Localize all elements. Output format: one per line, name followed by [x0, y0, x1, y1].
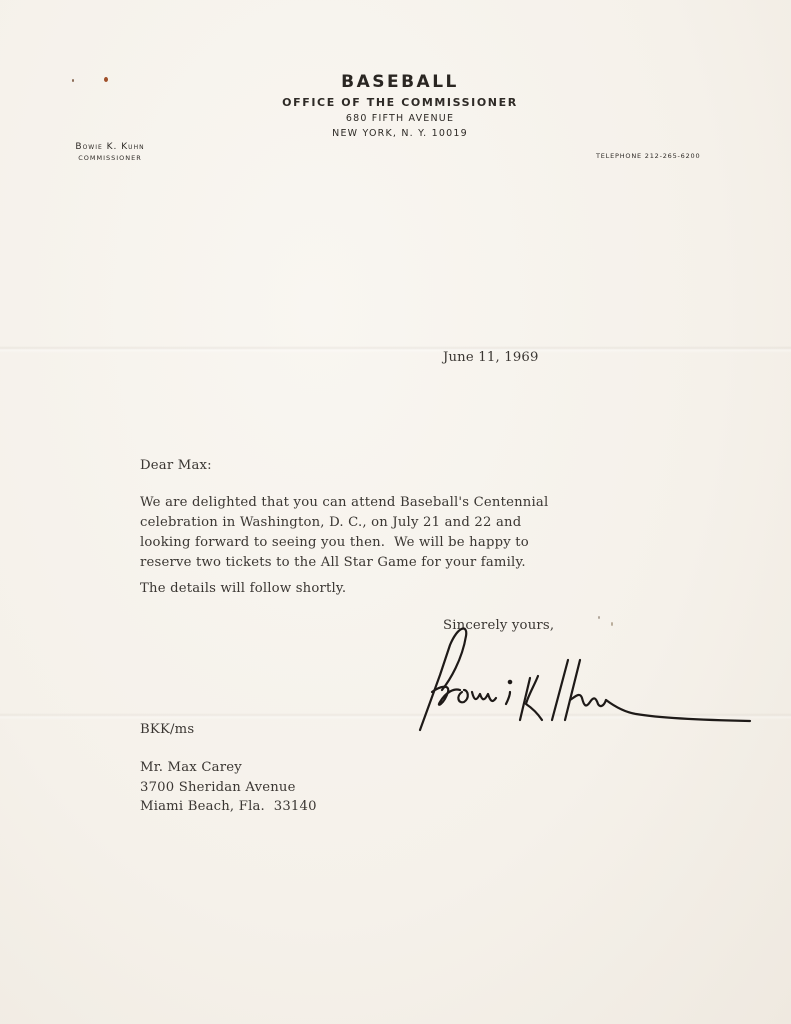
- recipient-city-state-zip: Miami Beach, Fla. 33140: [140, 799, 317, 814]
- paper-stain: [72, 79, 74, 82]
- reference-initials: BKK/ms: [140, 722, 194, 737]
- letterhead-organization: BASEBALL: [250, 72, 550, 92]
- salutation: Dear Max:: [140, 458, 212, 473]
- recipient-name: Mr. Max Carey: [140, 760, 242, 775]
- letterhead-sender-title: COMMISSIONER: [40, 154, 180, 162]
- letterhead-sender-name: Bowie K. Kuhn: [40, 142, 180, 152]
- body-paragraph-1: We are delighted that you can attend Bas…: [140, 493, 548, 573]
- body-paragraph-2: The details will follow shortly.: [140, 581, 346, 596]
- paper-stain: [598, 616, 600, 619]
- recipient-address: Mr. Max Carey 3700 Sheridan Avenue Miami…: [140, 758, 317, 817]
- letterhead-address-city: NEW YORK, N. Y. 10019: [250, 128, 550, 139]
- paper-stain: [104, 77, 108, 82]
- letter-date: June 11, 1969: [443, 350, 539, 365]
- letterhead-address-street: 680 FIFTH AVENUE: [250, 113, 550, 124]
- letterhead-office: OFFICE OF THE COMMISSIONER: [230, 96, 570, 109]
- handwritten-signature: [410, 620, 760, 740]
- letterhead-telephone: TELEPHONE 212-265-6200: [596, 152, 736, 160]
- recipient-street: 3700 Sheridan Avenue: [140, 780, 296, 795]
